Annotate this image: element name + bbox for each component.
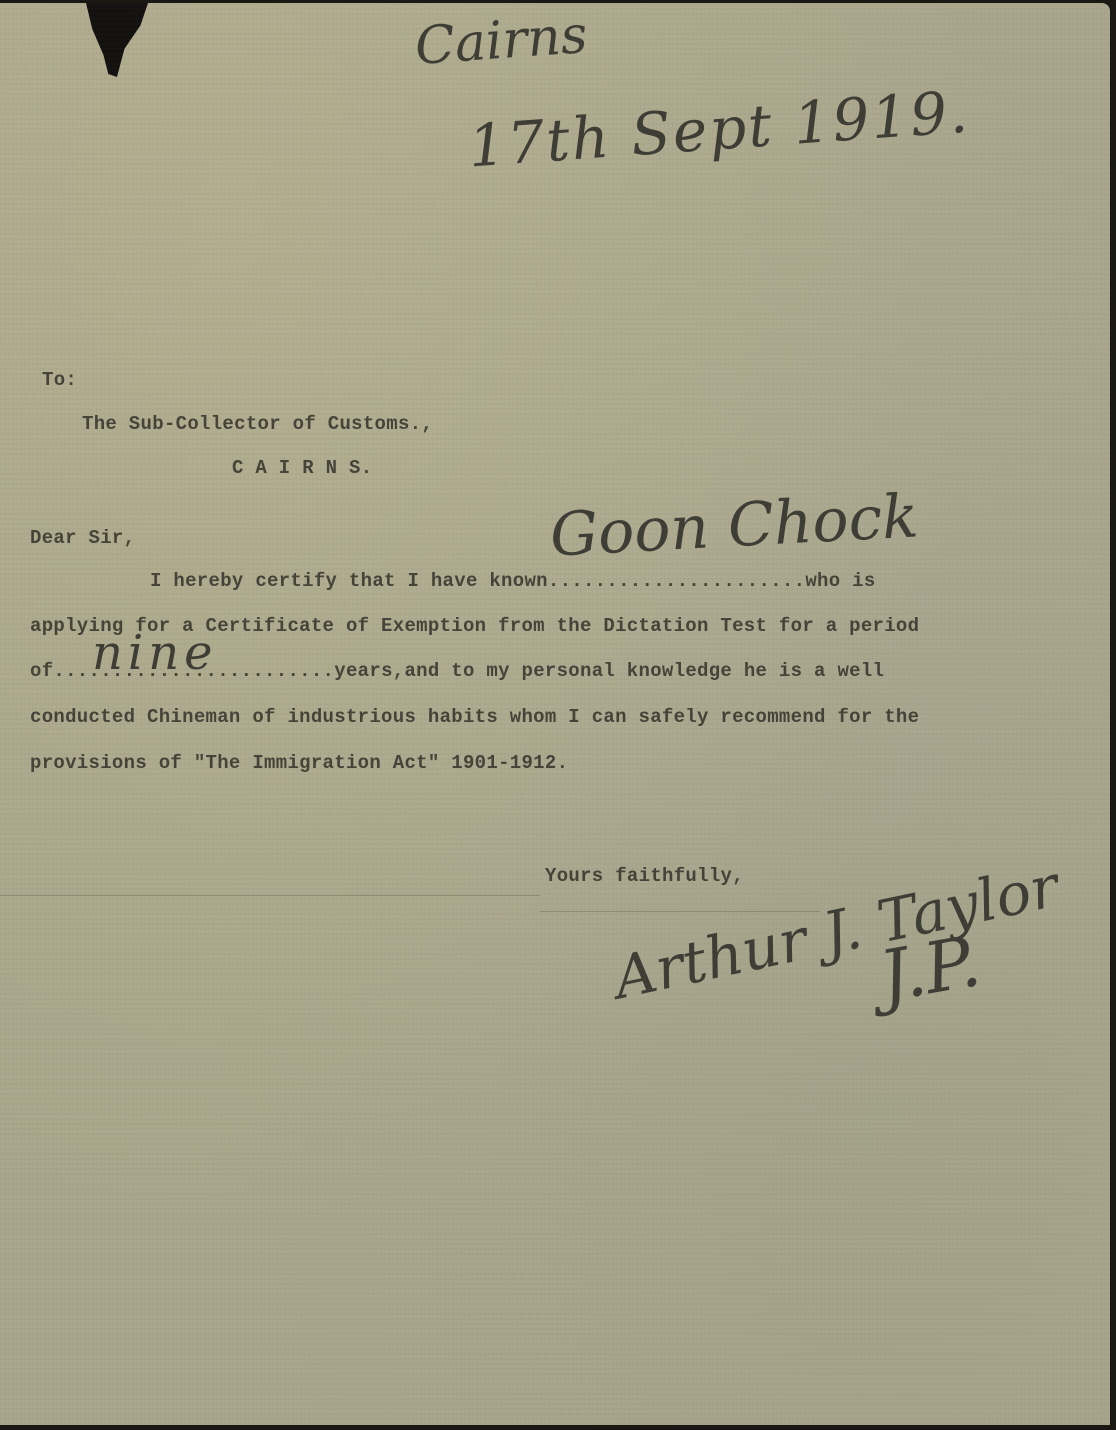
line1-suffix: who is <box>805 570 875 592</box>
handwritten-years: nine <box>92 625 218 681</box>
recipient-line: The Sub-Collector of Customs., <box>82 413 433 435</box>
recipient-city: C A I R N S. <box>232 457 372 479</box>
signature-jp: J.P. <box>874 920 987 1018</box>
document-page: Cairns 17th Sept 1919. To: The Sub-Colle… <box>0 3 1110 1425</box>
line3-suffix: years,and to my personal knowledge he is… <box>334 660 884 682</box>
paper-fold-line <box>0 895 540 896</box>
name-blank-dots: ...................... <box>548 570 805 592</box>
body-line-1: I hereby certify that I have known......… <box>150 570 876 592</box>
valediction: Yours faithfully, <box>545 865 744 887</box>
handwritten-date: 17th Sept 1919. <box>466 78 971 181</box>
handwritten-applicant-name: Goon Chock <box>548 481 920 570</box>
body-line-5: provisions of "The Immigration Act" 1901… <box>30 752 568 774</box>
salutation: Dear Sir, <box>30 527 135 549</box>
handwritten-place: Cairns <box>413 5 589 77</box>
body-line-4: conducted Chineman of industrious habits… <box>30 706 919 728</box>
corner-ink-mark <box>86 3 148 77</box>
to-label: To: <box>42 369 77 391</box>
line3-prefix: of <box>30 660 53 682</box>
line1-prefix: I hereby certify that I have known <box>150 570 548 592</box>
